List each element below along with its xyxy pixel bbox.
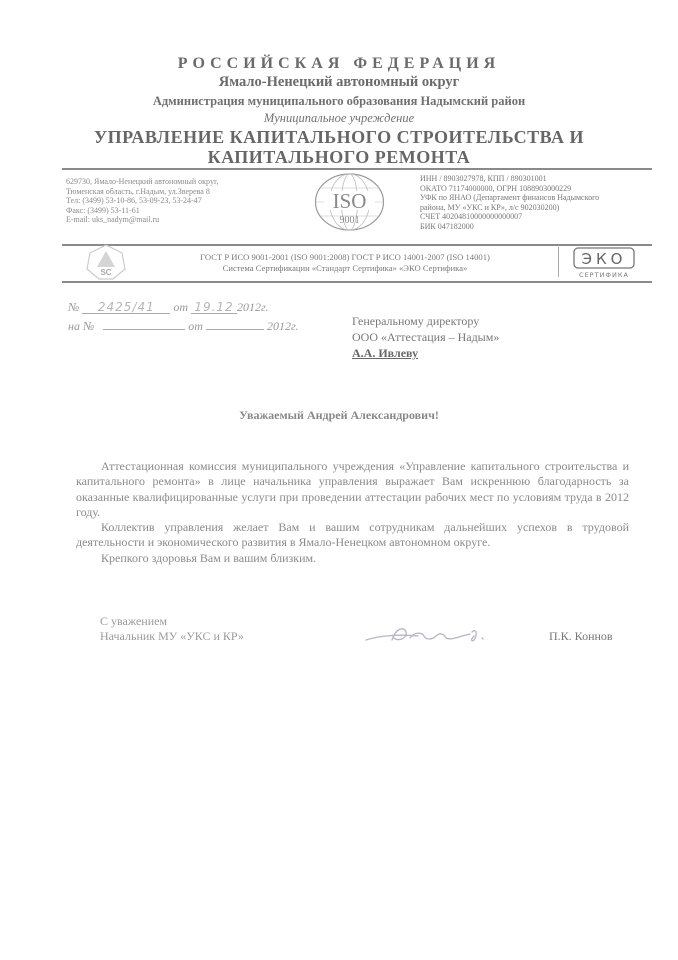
org-title-line2: КАПИТАЛЬНОГО РЕМОНТА bbox=[0, 147, 678, 168]
administration-heading: Администрация муниципального образования… bbox=[0, 94, 678, 109]
reference-number bbox=[103, 317, 185, 330]
outgoing-number-line: № 2425/41 от 19.122012г. bbox=[68, 300, 269, 315]
certification-standards: ГОСТ Р ИСО 9001-2001 (ISO 9001:2008) ГОС… bbox=[145, 252, 545, 263]
addressee-name: А.А. Ивлеву bbox=[352, 345, 499, 361]
paragraph-health: Крепкого здоровья Вам и вашим близким. bbox=[76, 551, 629, 566]
account: СЧЕТ 40204810000000000007 bbox=[420, 212, 599, 222]
addressee-position: Генеральному директору bbox=[352, 313, 499, 329]
eko-certifica-logo-icon: ЭКО СЕРТИФИКА bbox=[568, 246, 640, 280]
svg-text:ЭКО: ЭКО bbox=[582, 250, 627, 268]
reference-number-line: на № от 2012г. bbox=[68, 317, 298, 334]
inn-kpp: ИНН / 8903027978, КПП / 890301001 bbox=[420, 174, 599, 184]
ref-year-suffix: 2012г. bbox=[267, 319, 299, 333]
certification-text: ГОСТ Р ИСО 9001-2001 (ISO 9001:2008) ГОС… bbox=[145, 252, 545, 274]
addressee-block: Генеральному директору ООО «Аттестация –… bbox=[352, 313, 499, 361]
email: E-mail: uks_nadym@mail.ru bbox=[66, 215, 218, 225]
paragraph-gratitude: Аттестационная комиссия муниципального у… bbox=[76, 459, 629, 520]
svg-text:9001: 9001 bbox=[340, 215, 360, 226]
address-line1: 629730, Ямало-Ненецкий автономный округ, bbox=[66, 177, 218, 187]
region-heading: Ямало-Ненецкий автономный округ bbox=[0, 74, 678, 91]
outgoing-number: 2425/41 bbox=[82, 301, 170, 314]
handwritten-signature-icon bbox=[358, 620, 518, 650]
salutation: Уважаемый Андрей Александрович! bbox=[0, 408, 678, 423]
ref-number-label: на № bbox=[68, 319, 94, 333]
iso-9001-logo-icon: ISO 9001 bbox=[312, 171, 387, 233]
reference-date bbox=[206, 317, 264, 330]
country-heading: РОССИЙСКАЯ ФЕДЕРАЦИЯ bbox=[0, 55, 678, 73]
ufk-line2: района, МУ «УКС и КР», л/с 902030200) bbox=[420, 203, 599, 213]
cert-bottom-divider bbox=[62, 281, 652, 283]
svg-text:ISO: ISO bbox=[333, 189, 367, 213]
year-suffix: 2012г. bbox=[237, 300, 269, 314]
bik: БИК 047182000 bbox=[420, 222, 599, 232]
svg-text:СЕРТИФИКА: СЕРТИФИКА bbox=[579, 271, 629, 279]
institution-type: Муниципальное учреждение bbox=[0, 111, 678, 126]
okato-ogrn: ОКАТО 71174000000, ОГРН 1088903000229 bbox=[420, 184, 599, 194]
cert-top-divider bbox=[62, 244, 652, 246]
addressee-company: ООО «Аттестация – Надым» bbox=[352, 329, 499, 345]
bank-requisites: ИНН / 8903027978, КПП / 890301001 ОКАТО … bbox=[420, 174, 599, 232]
signer-name: П.К. Коннов bbox=[549, 629, 613, 644]
closing-block: С уважением Начальник МУ «УКС и КР» bbox=[100, 614, 244, 644]
paragraph-wishes: Коллектив управления желает Вам и вашим … bbox=[76, 520, 629, 551]
fax: Факс: (3499) 53-11-61 bbox=[66, 206, 218, 216]
regards: С уважением bbox=[100, 614, 244, 629]
outgoing-date: 19.12 bbox=[191, 301, 237, 314]
svg-text:SC: SC bbox=[100, 268, 111, 277]
certification-system: Система Сертификации «Стандарт Сертифика… bbox=[145, 263, 545, 274]
contact-block: 629730, Ямало-Ненецкий автономный округ,… bbox=[66, 177, 218, 225]
ref-from-label: от bbox=[188, 319, 203, 333]
from-label: от bbox=[173, 300, 188, 314]
org-title-line1: УПРАВЛЕНИЕ КАПИТАЛЬНОГО СТРОИТЕЛЬСТВА И bbox=[0, 127, 678, 148]
letter-body: Аттестационная комиссия муниципального у… bbox=[76, 459, 629, 566]
signer-position: Начальник МУ «УКС и КР» bbox=[100, 629, 244, 644]
address-line2: Тюменская область, г.Надым, ул.Зверева 8 bbox=[66, 187, 218, 197]
phone: Тел: (3499) 53-10-86, 53-09-23, 53-24-47 bbox=[66, 196, 218, 206]
header-divider bbox=[62, 168, 652, 170]
number-label: № bbox=[68, 300, 79, 314]
standard-certifica-logo-icon: SC bbox=[85, 243, 127, 281]
cert-vertical-divider bbox=[558, 247, 559, 277]
ufk-line1: УФК по ЯНАО (Департамент финансов Надымс… bbox=[420, 193, 599, 203]
